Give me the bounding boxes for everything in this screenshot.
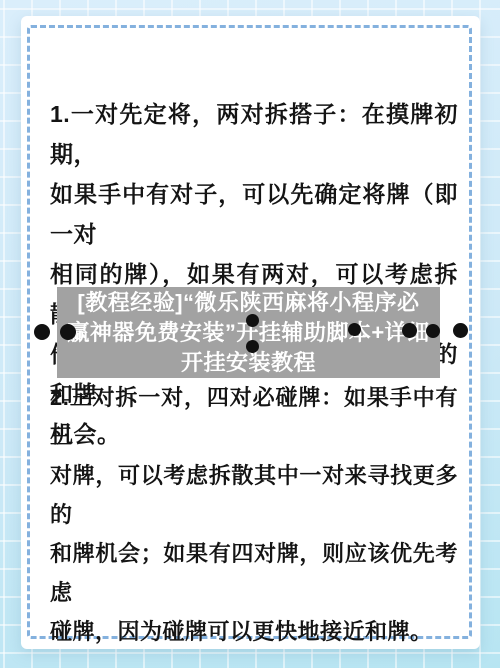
ad-banner-text: [教程经验]“微乐陕西麻将小程序必 赢神器免费安装”开挂辅助脚本+详细 开挂安装… <box>67 288 429 378</box>
dot-decoration <box>34 324 50 340</box>
content-card: 1.一对先定将，两对拆搭子：在摸牌初期， 如果手中有对子，可以先确定将牌（即一对… <box>21 16 480 649</box>
poster-background: 1.一对先定将，两对拆搭子：在摸牌初期， 如果手中有对子，可以先确定将牌（即一对… <box>0 0 500 668</box>
ad-banner: [教程经验]“微乐陕西麻将小程序必 赢神器免费安装”开挂辅助脚本+详细 开挂安装… <box>57 287 440 378</box>
tip-paragraph-2: 2.三对拆一对，四对必碰牌：如果手中有三 对牌，可以考虑拆散其中一对来寻找更多的… <box>50 378 458 651</box>
